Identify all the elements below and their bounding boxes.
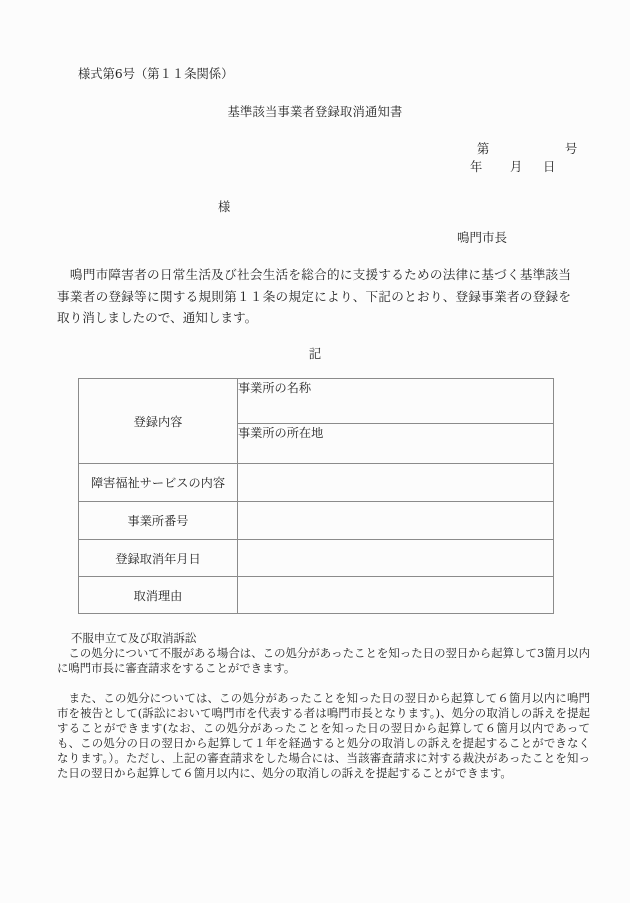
- table-row: 登録取消年月日: [79, 540, 554, 577]
- recipient-honorific: 様: [218, 197, 230, 215]
- date-day-label: 日: [543, 157, 555, 175]
- office-address-cell: 事業所の所在地: [238, 424, 554, 464]
- appeal-paragraph-1: この処分について不服がある場合は、この処分があったことを知った日の翌日から起算し…: [57, 646, 590, 676]
- service-content-value: [238, 464, 554, 502]
- date-year-label: 年: [470, 157, 482, 175]
- form-number-label: 様式第6号（第１１条関係）: [78, 64, 233, 82]
- notice-body-paragraph: 鳴門市障害者の日常生活及び社会生活を総合的に支援するための法律に基づく基準該当事…: [57, 264, 571, 329]
- appeal-heading: 不服申立て及び取消訴訟: [57, 631, 590, 646]
- table-row: 障害福祉サービスの内容: [79, 464, 554, 502]
- cancellation-date-label: 登録取消年月日: [79, 540, 238, 577]
- office-number-value: [238, 502, 554, 540]
- registration-detail-table: 登録内容 事業所の名称 事業所の所在地 障害福祉サービスの内容 事業所番号 登録…: [78, 378, 554, 614]
- office-name-cell: 事業所の名称: [238, 379, 554, 424]
- document-number-suffix: 号: [565, 139, 577, 157]
- date-month-label: 月: [510, 157, 522, 175]
- cancellation-date-value: [238, 540, 554, 577]
- table-row: 登録内容 事業所の名称: [79, 379, 554, 424]
- cancellation-reason-value: [238, 577, 554, 614]
- record-marker: 記: [0, 344, 630, 362]
- issuer-name: 鳴門市長: [457, 228, 507, 246]
- document-page: 様式第6号（第１１条関係） 基準該当事業者登録取消通知書 第 号 年 月 日 様…: [0, 0, 630, 903]
- table-row: 取消理由: [79, 577, 554, 614]
- appeal-section: 不服申立て及び取消訴訟 この処分について不服がある場合は、この処分があったことを…: [57, 631, 590, 781]
- document-number-prefix: 第: [477, 139, 489, 157]
- table-row: 事業所番号: [79, 502, 554, 540]
- service-content-label: 障害福祉サービスの内容: [79, 464, 238, 502]
- cancellation-reason-label: 取消理由: [79, 577, 238, 614]
- document-title: 基準該当事業者登録取消通知書: [0, 102, 630, 120]
- registration-content-label: 登録内容: [79, 379, 238, 464]
- office-name-label: 事業所の名称: [238, 381, 311, 395]
- appeal-paragraph-2: また、この処分については、この処分があったことを知った日の翌日から起算して６箇月…: [57, 691, 590, 781]
- office-address-label: 事業所の所在地: [238, 426, 323, 440]
- office-number-label: 事業所番号: [79, 502, 238, 540]
